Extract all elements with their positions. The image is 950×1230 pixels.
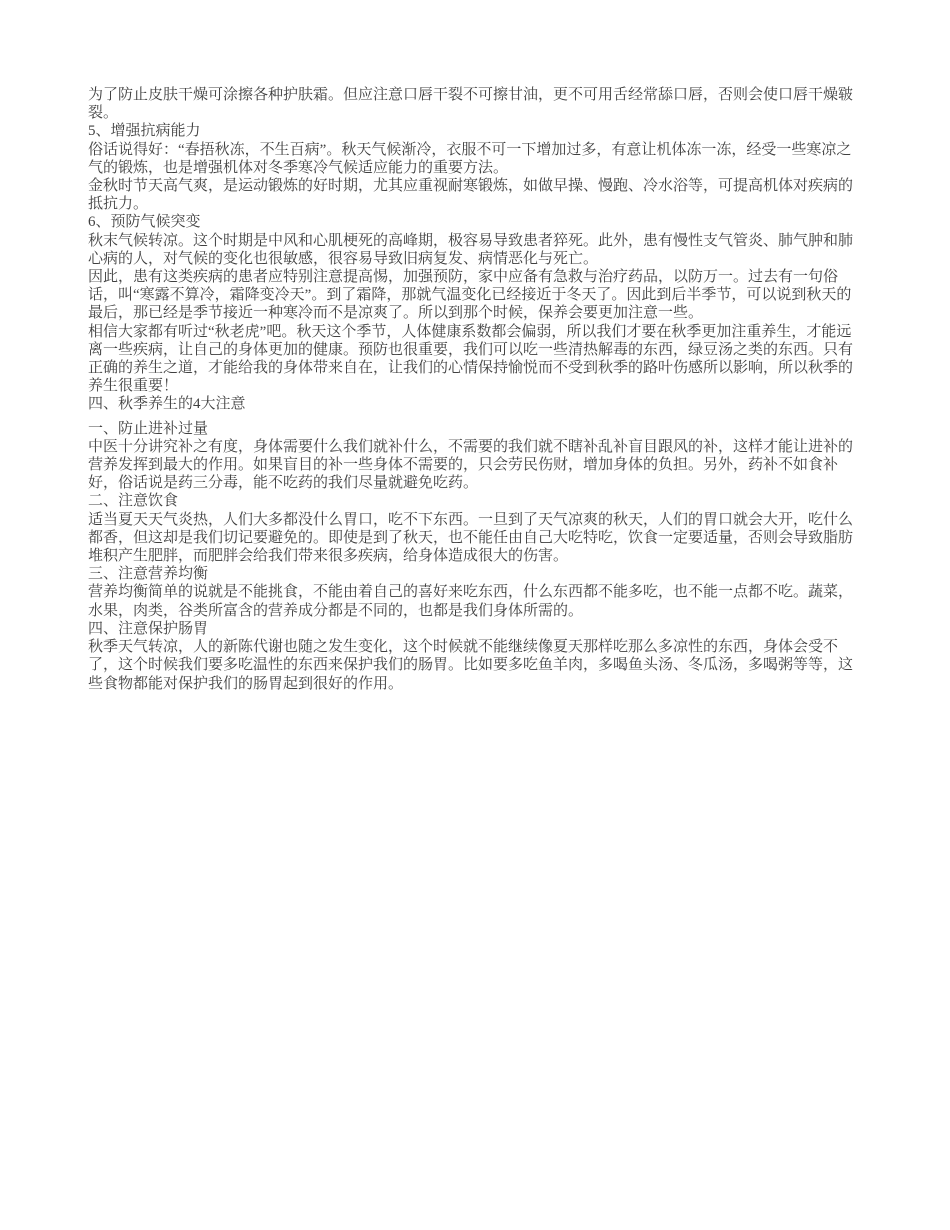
body-paragraph: 适当夏天天气炎热，人们大多都没什么胃口，吃不下东西。一旦到了天气凉爽的秋天，人们… [88,511,856,566]
body-paragraph: 秋季天气转凉，人的新陈代谢也随之发生变化，这个时候就不能继续像夏天那样吃那么多凉… [88,638,856,693]
section-heading: 6、预防气候突变 [88,213,856,231]
body-paragraph: 为了防止皮肤干燥可涂擦各种护肤霜。但应注意口唇干裂不可擦甘油，更不可用舌经常舔口… [88,86,856,122]
body-paragraph: 金秋时节天高气爽，是运动锻炼的好时期，尤其应重视耐寒锻炼，如做早操、慢跑、冷水浴… [88,177,856,213]
body-paragraph: 秋末气候转凉。这个时期是中风和心肌梗死的高峰期，极容易导致患者猝死。此外，患有慢… [88,232,856,268]
body-paragraph: 因此，患有这类疾病的患者应特别注意提高惕，加强预防，家中应备有急救与治疗药品，以… [88,268,856,323]
body-paragraph: 中医十分讲究补之有度，身体需要什么我们就补什么，不需要的我们就不瞎补乱补盲目跟风… [88,438,856,493]
document-page: 为了防止皮肤干燥可涂擦各种护肤霜。但应注意口唇干裂不可擦甘油，更不可用舌经常舔口… [0,0,950,1230]
body-paragraph: 相信大家都有听过“秋老虎”吧。秋天这个季节，人体健康系数都会偏弱，所以我们才要在… [88,323,856,396]
body-paragraph: 营养均衡简单的说就是不能挑食，不能由着自己的喜好来吃东西，什么东西都不能多吃，也… [88,583,856,619]
body-paragraph: 俗话说得好：“春捂秋冻，不生百病”。秋天气候渐冷，衣服不可一下增加过多，有意让机… [88,141,856,177]
section-heading: 二、注意饮食 [88,492,856,510]
section-heading: 三、注意营养均衡 [88,565,856,583]
section-heading: 5、增强抗病能力 [88,122,856,140]
section-heading: 四、注意保护肠胃 [88,620,856,638]
section-heading: 四、秋季养生的4大注意 [88,395,856,413]
document-content: 为了防止皮肤干燥可涂擦各种护肤霜。但应注意口唇干裂不可擦甘油，更不可用舌经常舔口… [88,86,856,693]
section-heading: 一、防止进补过量 [88,420,856,438]
